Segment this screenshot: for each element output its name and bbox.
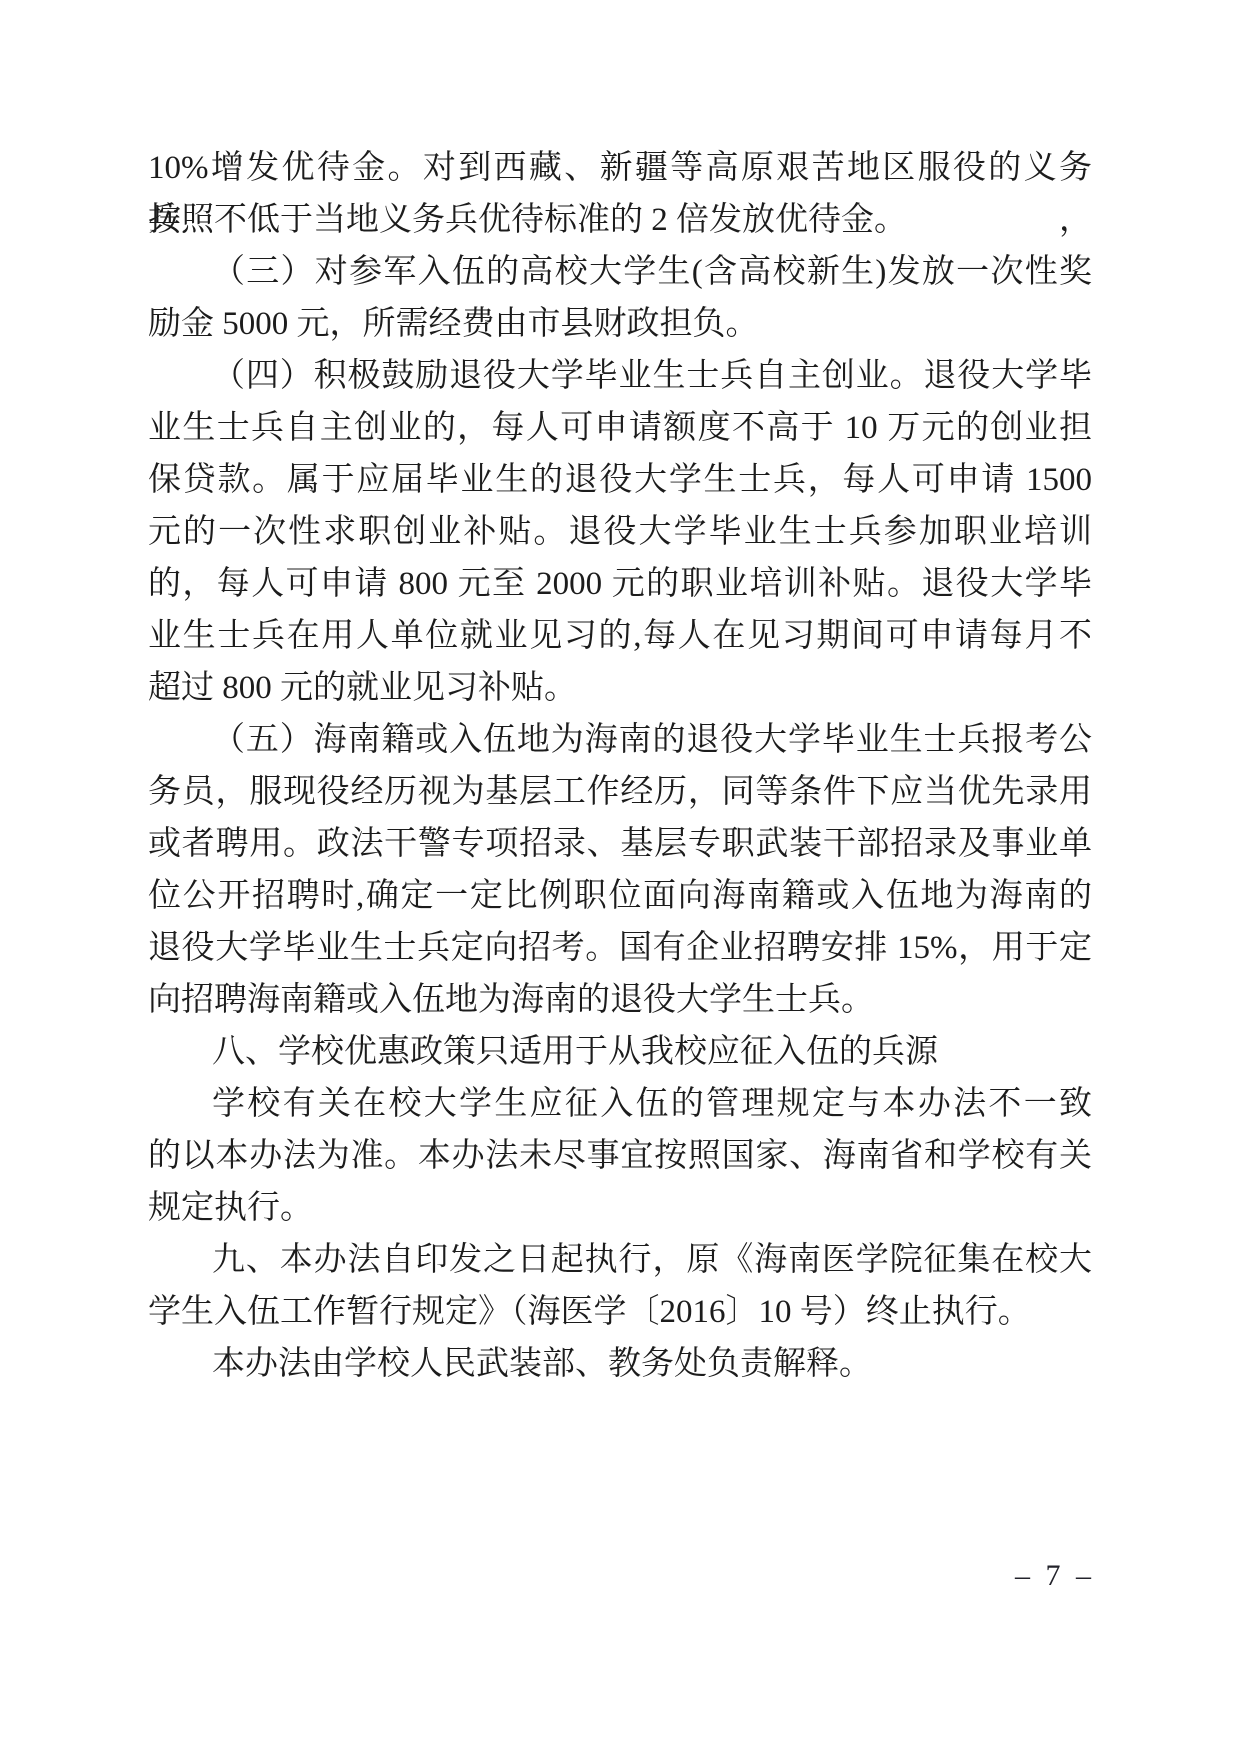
page-number: – 7 – xyxy=(0,1556,1095,1596)
text-line-23: 学生入伍工作暂行规定》（海医学〔2016〕10 号）终止执行。 xyxy=(148,1286,1092,1338)
text-line-21: 规定执行。 xyxy=(148,1182,1092,1234)
text-line-5: （四）积极鼓励退役大学毕业生士兵自主创业。退役大学毕 xyxy=(148,350,1092,402)
text-line-13: 务员，服现役经历视为基层工作经历，同等条件下应当优先录用 xyxy=(148,766,1092,818)
text-line-7: 保贷款。属于应届毕业生的退役大学生士兵，每人可申请 1500 xyxy=(148,454,1092,506)
document-body: 10%增发优待金。对到西藏、新疆等高原艰苦地区服役的义务兵，按照不低于当地义务兵… xyxy=(148,142,1092,1390)
text-line-24: 本办法由学校人民武装部、教务处负责解释。 xyxy=(148,1338,1092,1390)
text-line-20: 的以本办法为准。本办法未尽事宜按照国家、海南省和学校有关 xyxy=(148,1130,1092,1182)
text-line-17: 向招聘海南籍或入伍地为海南的退役大学生士兵。 xyxy=(148,974,1092,1026)
text-line-22: 九、本办法自印发之日起执行，原《海南医学院征集在校大 xyxy=(148,1234,1092,1286)
document-page: 10%增发优待金。对到西藏、新疆等高原艰苦地区服役的义务兵，按照不低于当地义务兵… xyxy=(0,0,1240,1754)
text-line-19: 学校有关在校大学生应征入伍的管理规定与本办法不一致 xyxy=(148,1078,1092,1130)
text-line-10: 业生士兵在用人单位就业见习的,每人在见习期间可申请每月不 xyxy=(148,610,1092,662)
text-line-3: （三）对参军入伍的高校大学生(含高校新生)发放一次性奖 xyxy=(148,246,1092,298)
text-line-14: 或者聘用。政法干警专项招录、基层专职武装干部招录及事业单 xyxy=(148,818,1092,870)
text-line-9: 的，每人可申请 800 元至 2000 元的职业培训补贴。退役大学毕 xyxy=(148,558,1092,610)
text-line-16: 退役大学毕业生士兵定向招考。国有企业招聘安排 15%，用于定 xyxy=(148,922,1092,974)
text-line-15: 位公开招聘时,确定一定比例职位面向海南籍或入伍地为海南的 xyxy=(148,870,1092,922)
text-line-8: 元的一次性求职创业补贴。退役大学毕业生士兵参加职业培训 xyxy=(148,506,1092,558)
text-line-4: 励金 5000 元，所需经费由市县财政担负。 xyxy=(148,298,1092,350)
text-line-11: 超过 800 元的就业见习补贴。 xyxy=(148,662,1092,714)
text-line-18: 八、学校优惠政策只适用于从我校应征入伍的兵源 xyxy=(148,1026,1092,1078)
text-line-6: 业生士兵自主创业的，每人可申请额度不高于 10 万元的创业担 xyxy=(148,402,1092,454)
text-line-12: （五）海南籍或入伍地为海南的退役大学毕业生士兵报考公 xyxy=(148,714,1092,766)
text-line-1: 10%增发优待金。对到西藏、新疆等高原艰苦地区服役的义务兵， xyxy=(148,142,1092,194)
